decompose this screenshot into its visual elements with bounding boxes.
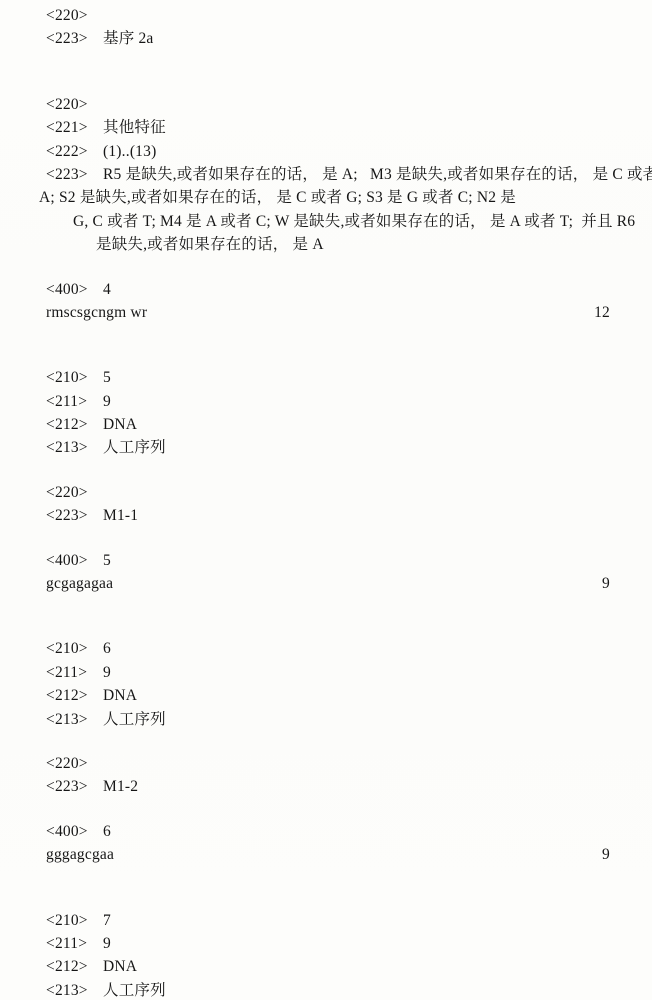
field-tag: <211>	[46, 661, 103, 684]
field-tag: <400>	[46, 820, 103, 843]
field-tag: <212>	[46, 684, 103, 707]
field-tag: <211>	[46, 390, 103, 413]
field-value: M1-1	[103, 504, 138, 527]
field-value: DNA	[103, 684, 137, 707]
field-value: 6	[103, 637, 111, 660]
field-tag: <212>	[46, 955, 103, 978]
sequence-length-number: 12	[586, 301, 610, 324]
sequence-length-number: 9	[594, 572, 610, 595]
field-value: 9	[103, 932, 111, 955]
field-tag: <211>	[46, 932, 103, 955]
field-value: (1)..(13)	[103, 140, 156, 163]
listing-line: <211>9	[46, 932, 610, 955]
field-tag: <213>	[46, 436, 103, 459]
listing-line: <220>	[46, 93, 610, 116]
field-value: 基序 2a	[103, 27, 154, 50]
sequence-line: rmscsgcngm wr12	[46, 301, 610, 324]
listing-line: <212>DNA	[46, 955, 610, 978]
sequence-line: gggagcgaa9	[46, 843, 610, 866]
sequence-length-number: 9	[594, 843, 610, 866]
listing-line: <211>9	[46, 661, 610, 684]
listing-line: <400>4	[46, 278, 610, 301]
listing-line: <223>R5 是缺失,或者如果存在的话， 是 A; M3 是缺失,或者如果存在…	[46, 163, 610, 186]
sequence-text: gcgagagaa	[46, 572, 113, 595]
listing-line: <211>9	[46, 390, 610, 413]
field-tag: <213>	[46, 708, 103, 731]
field-tag: <220>	[46, 93, 103, 116]
field-tag: <210>	[46, 637, 103, 660]
listing-line: <400>5	[46, 549, 610, 572]
field-value: 5	[103, 549, 111, 572]
listing-line: <223>M1-2	[46, 775, 610, 798]
field-value: 4	[103, 278, 111, 301]
field-tag: <220>	[46, 481, 103, 504]
field-value: DNA	[103, 955, 137, 978]
field-tag: <221>	[46, 116, 103, 139]
field-tag: <220>	[46, 4, 103, 27]
listing-line: <213>人工序列	[46, 436, 610, 459]
field-value: R5 是缺失,或者如果存在的话， 是 A; M3 是缺失,或者如果存在的话， 是…	[103, 163, 652, 186]
field-value: 其他特征	[103, 116, 166, 139]
field-value: 人工序列	[103, 436, 166, 459]
listing-lines: <220><223>基序 2a<220><221>其他特征<222>(1)..(…	[46, 4, 610, 1000]
field-tag: <220>	[46, 752, 103, 775]
listing-line: <223>M1-1	[46, 504, 610, 527]
continuation-line: A; S2 是缺失,或者如果存在的话， 是 C 或者 G; S3 是 G 或者 …	[39, 186, 610, 209]
field-tag: <400>	[46, 278, 103, 301]
field-value: DNA	[103, 413, 137, 436]
field-value: G, C 或者 T; M4 是 A 或者 C; W 是缺失,或者如果存在的话， …	[73, 210, 635, 233]
field-tag: <223>	[46, 775, 103, 798]
sequence-line: gcgagagaa9	[46, 572, 610, 595]
listing-line: <221>其他特征	[46, 116, 610, 139]
listing-line: <212>DNA	[46, 684, 610, 707]
field-tag: <210>	[46, 366, 103, 389]
listing-line: <213>人工序列	[46, 708, 610, 731]
listing-line: <220>	[46, 481, 610, 504]
field-value: 人工序列	[103, 979, 166, 1000]
field-value: 7	[103, 909, 111, 932]
listing-line: <223>基序 2a	[46, 27, 610, 50]
listing-line: <213>人工序列	[46, 979, 610, 1000]
sequence-text: rmscsgcngm wr	[46, 301, 147, 324]
listing-line: <220>	[46, 752, 610, 775]
field-value: M1-2	[103, 775, 138, 798]
listing-line: <212>DNA	[46, 413, 610, 436]
field-value: 9	[103, 661, 111, 684]
field-tag: <223>	[46, 27, 103, 50]
field-tag: <222>	[46, 140, 103, 163]
continuation-line: G, C 或者 T; M4 是 A 或者 C; W 是缺失,或者如果存在的话， …	[73, 210, 610, 233]
field-value: 是缺失,或者如果存在的话， 是 A	[96, 233, 324, 256]
field-tag: <223>	[46, 163, 103, 186]
listing-line: <222>(1)..(13)	[46, 140, 610, 163]
field-value: 人工序列	[103, 708, 166, 731]
listing-line: <400>6	[46, 820, 610, 843]
field-tag: <210>	[46, 909, 103, 932]
field-value: 6	[103, 820, 111, 843]
listing-line: <220>	[46, 4, 610, 27]
field-tag: <212>	[46, 413, 103, 436]
listing-line: <210>7	[46, 909, 610, 932]
field-value: 9	[103, 390, 111, 413]
field-value: A; S2 是缺失,或者如果存在的话， 是 C 或者 G; S3 是 G 或者 …	[39, 186, 516, 209]
field-tag: <213>	[46, 979, 103, 1000]
listing-line: <210>5	[46, 366, 610, 389]
continuation-line: 是缺失,或者如果存在的话， 是 A	[96, 233, 610, 256]
sequence-text: gggagcgaa	[46, 843, 114, 866]
field-value: 5	[103, 366, 111, 389]
field-tag: <223>	[46, 504, 103, 527]
listing-line: <210>6	[46, 637, 610, 660]
document-page: <220><223>基序 2a<220><221>其他特征<222>(1)..(…	[0, 0, 652, 1000]
field-tag: <400>	[46, 549, 103, 572]
